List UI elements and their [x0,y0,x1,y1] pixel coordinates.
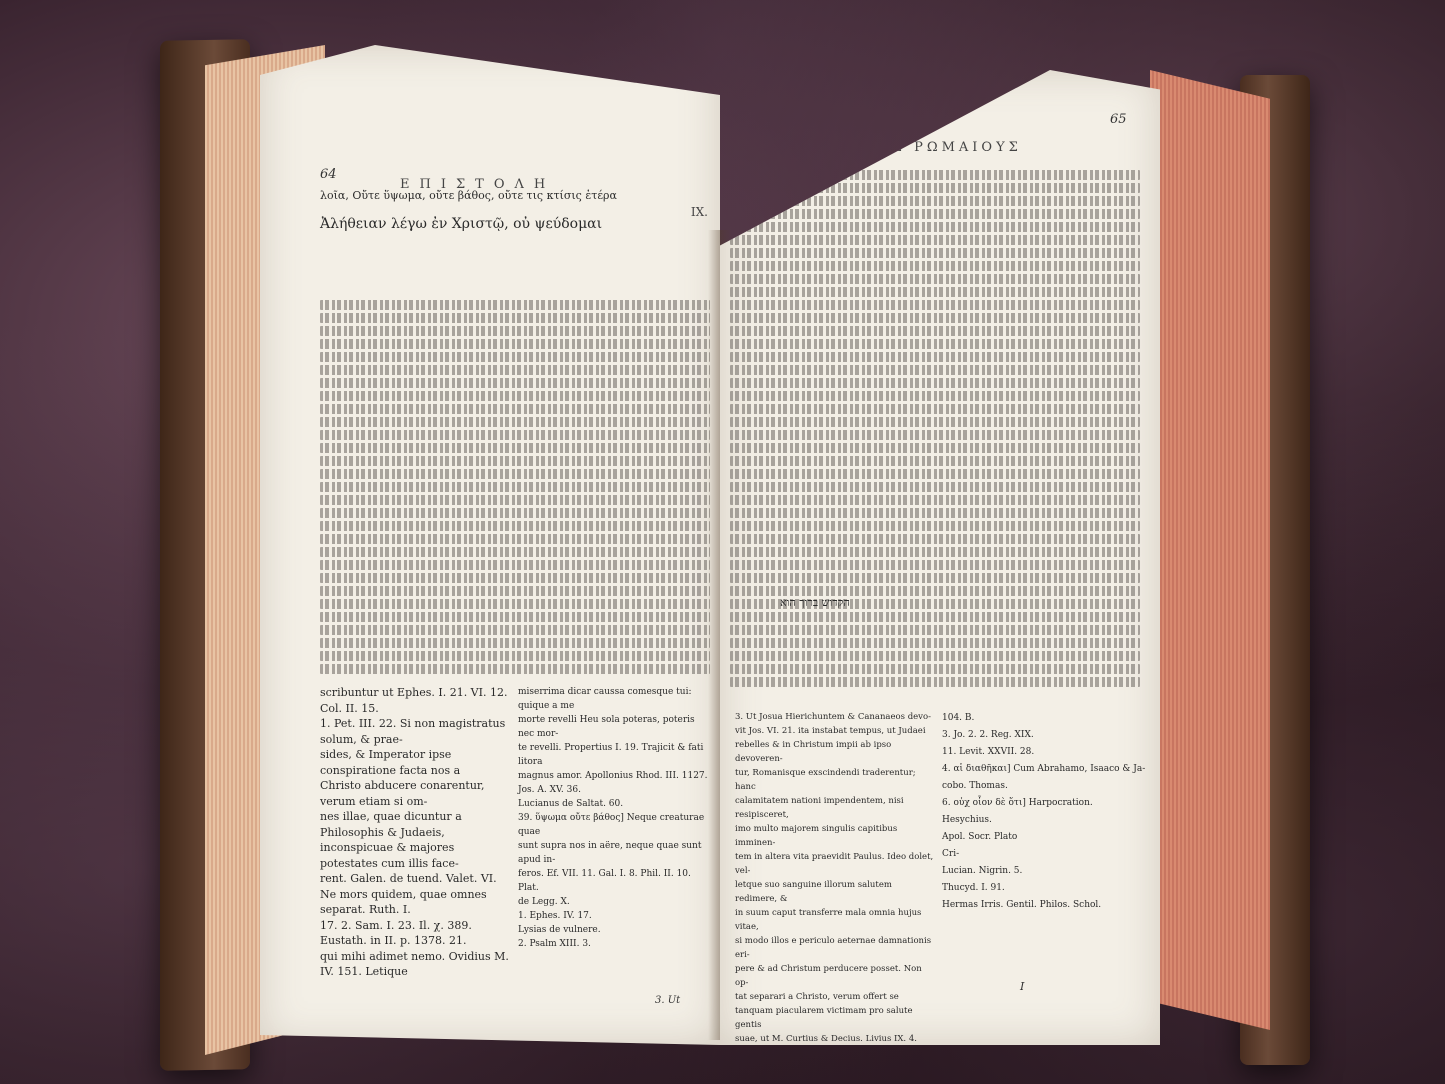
open-book: 64 ΕΠΙΣΤΟΛΗ IX. λοῖα, Οὔτε ὕψωμα, οὔτε β… [160,30,1310,1070]
text-line: Hermas Irris. Gentil. Philos. Schol. [942,897,1147,914]
critical-apparatus [730,170,1140,690]
text-line: Lucianus de Saltat. 60. [518,797,708,811]
text-line: rent. Galen. de tuend. Valet. VI. [320,871,510,887]
text-line: tem in altera vita praevidit Paulus. Ide… [735,850,935,878]
page-number: 65 [1110,112,1127,127]
right-page: 65 IX. ΠΡΟΣ ΡΩΜΑΙΟΥΣ הקדוש ברוך הוא 3. U… [720,70,1160,1045]
text-line: Thucyd. I. 91. [942,880,1147,897]
text-line: 6. οὐχ οἷον δὲ ὅτι] Harpocration. [942,795,1147,812]
text-line: morte revelli Heu sola poteras, poteris … [518,713,708,741]
text-line: 1. Ephes. IV. 17. [518,909,708,923]
text-line: tur, Romanisque exscindendi traderentur;… [735,766,935,794]
text-line: Eustath. in II. p. 1378. 21. [320,933,510,949]
text-line: sunt supra nos in aëre, neque quae sunt … [518,839,708,867]
text-line: qui mihi adimet nemo. Ovidius M. IV. 151… [320,949,510,980]
text-line: inconspicuae & majores potestates cum il… [320,840,510,871]
text-line: Lysias de vulnere. [518,923,708,937]
text-line: 11. Levit. XXVII. 28. [942,744,1147,761]
commentary-col-1: scribuntur ut Ephes. I. 21. VI. 12. Col.… [320,685,510,980]
page-number: 64 [320,167,337,182]
drop-cap-line: Ἀλήθειαν λέγω ἐν Χριστῷ, οὐ ψεύδομαι [320,217,700,233]
hebrew-phrase: הקדוש ברוך הוא [780,595,850,611]
left-page: 64 ΕΠΙΣΤΟΛΗ IX. λοῖα, Οὔτε ὕψωμα, οὔτε β… [260,45,720,1045]
text-line: 39. ὕψωμα οὔτε βάθος] Neque creaturae qu… [518,811,708,839]
signature-mark: I [1020,980,1024,993]
text-line: si modo illos e periculo aeternae damnat… [735,934,935,962]
text-line: magnus amor. Apollonius Rhod. III. 1127. [518,769,708,783]
text-line: cobo. Thomas. [942,778,1147,795]
opening-line: λοῖα, Οὔτε ὕψωμα, οὔτε βάθος, οὔτε τις κ… [320,188,700,204]
text-line: Hesychius. [942,812,1147,829]
text-line: tanquam piacularem victimam pro salute g… [735,1004,935,1032]
catchword: 3. Ut [655,995,680,1006]
text-line: calamitatem nationi impendentem, nisi re… [735,794,935,822]
text-line: pere & ad Christum perducere posset. Non… [735,962,935,990]
text-line: rebelles & in Christum impii ab ipso dev… [735,738,935,766]
text-line: 1. Pet. III. 22. Si non magistratus solu… [320,716,510,747]
text-line: feros. Ef. VII. 11. Gal. I. 8. Phil. II.… [518,867,708,895]
text-line: scribuntur ut Ephes. I. 21. VI. 12. Col.… [320,685,510,716]
text-line: nes illae, quae dicuntur a Philosophis &… [320,809,510,840]
text-line: Ne mors quidem, quae omnes separat. Ruth… [320,887,510,918]
text-line: Apol. Socr. Plato [942,829,1147,846]
running-head: ΠΡΟΣ ΡΩΜΑΙΟΥΣ [850,140,1022,155]
text-line: 2. Psalm XIII. 3. [518,937,708,951]
text-line: miserrima dicar caussa comesque tui: qui… [518,685,708,713]
text-line: 17. 2. Sam. I. 23. Il. χ. 389. [320,918,510,934]
text-line: 3. Jo. 2. 2. Reg. XIX. [942,727,1147,744]
critical-apparatus [320,300,710,677]
text-line: tat separari a Christo, verum offert se [735,990,935,1004]
text-line: 3. Ut Josua Hierichuntem & Cananaeos dev… [735,710,935,724]
chapter-mark: IX. [730,155,747,169]
text-line: Cri- [942,846,1147,863]
text-line: 104. B. [942,710,1147,727]
text-line: suae, ut M. Curtius & Decius. Livius IX.… [735,1032,935,1045]
commentary-col-2: 104. B. 3. Jo. 2. 2. Reg. XIX. 11. Levit… [942,710,1147,914]
text-line: letque suo sanguine illorum salutem redi… [735,878,935,906]
commentary-col-1: 3. Ut Josua Hierichuntem & Cananaeos dev… [735,710,935,1045]
text-line: Christo abducere conarentur, verum etiam… [320,778,510,809]
commentary-col-2: miserrima dicar caussa comesque tui: qui… [518,685,708,951]
text-line: te revelli. Propertius I. 19. Trajicit &… [518,741,708,769]
text-line: Jos. A. XV. 36. [518,783,708,797]
text-line: 4. αἱ διαθῆκαι] Cum Abrahamo, Isaaco & J… [942,761,1147,778]
text-line: sides, & Imperator ipse conspiratione fa… [320,747,510,778]
text-line: vit Jos. VI. 21. ita instabat tempus, ut… [735,724,935,738]
text-line: imo multo majorem singulis capitibus imm… [735,822,935,850]
page-edges-right [1150,70,1270,1030]
text-line: de Legg. X. [518,895,708,909]
text-line: in suum caput transferre mala omnia huju… [735,906,935,934]
text-line: Lucian. Nigrin. 5. [942,863,1147,880]
